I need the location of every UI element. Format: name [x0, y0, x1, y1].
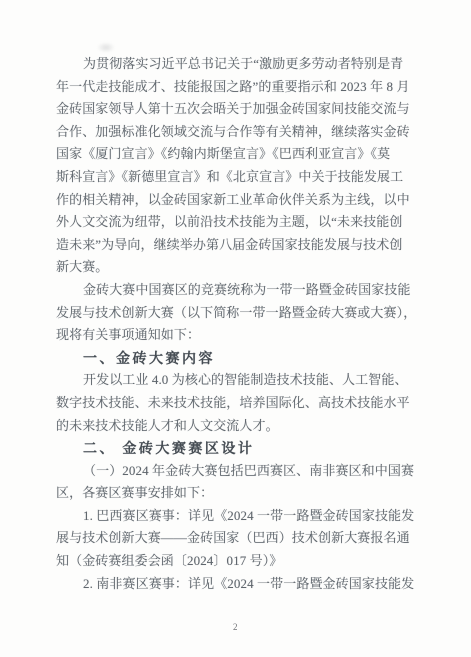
text-line: 区，各赛区赛事安排如下： [56, 482, 412, 505]
document-body-text: 为贯彻落实习近平总书记关于“激励更多劳动者特别是青年一代走技能成才、技能报国之路… [56, 53, 412, 595]
text-line: 作的相关精神，以金砖国家新工业革命伙伴关系为主线，以中 [56, 189, 412, 212]
text-line: 现将有关事项通知如下： [56, 324, 412, 347]
text-line: 数字技术技能、未来技术技能，培养国际化、高技术技能水平 [56, 392, 412, 415]
section-heading-line: 一、金砖大赛内容 [56, 347, 412, 370]
text-line: 金砖国家领导人第十五次会晤关于加强金砖国家间技能交流与 [56, 98, 412, 121]
text-line: 外人文交流为纽带，以前沿技术技能为主题，以“未来技能创 [56, 211, 412, 234]
text-line: 为贯彻落实习近平总书记关于“激励更多劳动者特别是青 [56, 53, 412, 76]
text-line: （一）2024 年金砖大赛包括巴西赛区、南非赛区和中国赛 [56, 460, 412, 483]
document-page: 为贯彻落实习近平总书记关于“激励更多劳动者特别是青年一代走技能成才、技能报国之路… [0, 0, 471, 657]
text-line: 展与技术创新大赛——金砖国家（巴西）技术创新大赛报名通 [56, 527, 412, 550]
text-line: 2. 南非赛区赛事：详见《2024 一带一路暨金砖国家技能发 [56, 573, 412, 596]
text-line: 合作、加强标准化领域交流与合作等有关精神，继续落实金砖 [56, 121, 412, 144]
text-line: 造未来”为导向，继续举办第八届金砖国家技能发展与技术创 [56, 234, 412, 257]
text-line: 的未来技术技能人才和人文交流人才。 [56, 415, 412, 438]
text-line: 斯科宣言》《新德里宣言》和《北京宣言》中关于技能发展工 [56, 166, 412, 189]
section-heading-line: 二、 金砖大赛赛区设计 [56, 437, 412, 460]
text-line: 发展与技术创新大赛（以下简称一带一路暨金砖大赛或大赛）， [56, 302, 412, 325]
scan-smudge [97, 42, 115, 53]
text-line: 开发以工业 4.0 为核心的智能制造技术技能、人工智能、 [56, 369, 412, 392]
text-line: 新大赛。 [56, 256, 412, 279]
page-number: 2 [0, 621, 471, 633]
text-line: 国家《厦门宣言》《约翰内斯堡宣言》《巴西利亚宣言》《莫 [56, 143, 412, 166]
text-line: 金砖大赛中国赛区的竞赛统称为一带一路暨金砖国家技能 [56, 279, 412, 302]
text-line: 年一代走技能成才、技能报国之路”的重要指示和 2023 年 8 月 [56, 76, 412, 99]
text-line: 知（金砖赛组委会函〔2024〕017 号）》 [56, 550, 412, 573]
text-line: 1. 巴西赛区赛事：详见《2024 一带一路暨金砖国家技能发 [56, 505, 412, 528]
